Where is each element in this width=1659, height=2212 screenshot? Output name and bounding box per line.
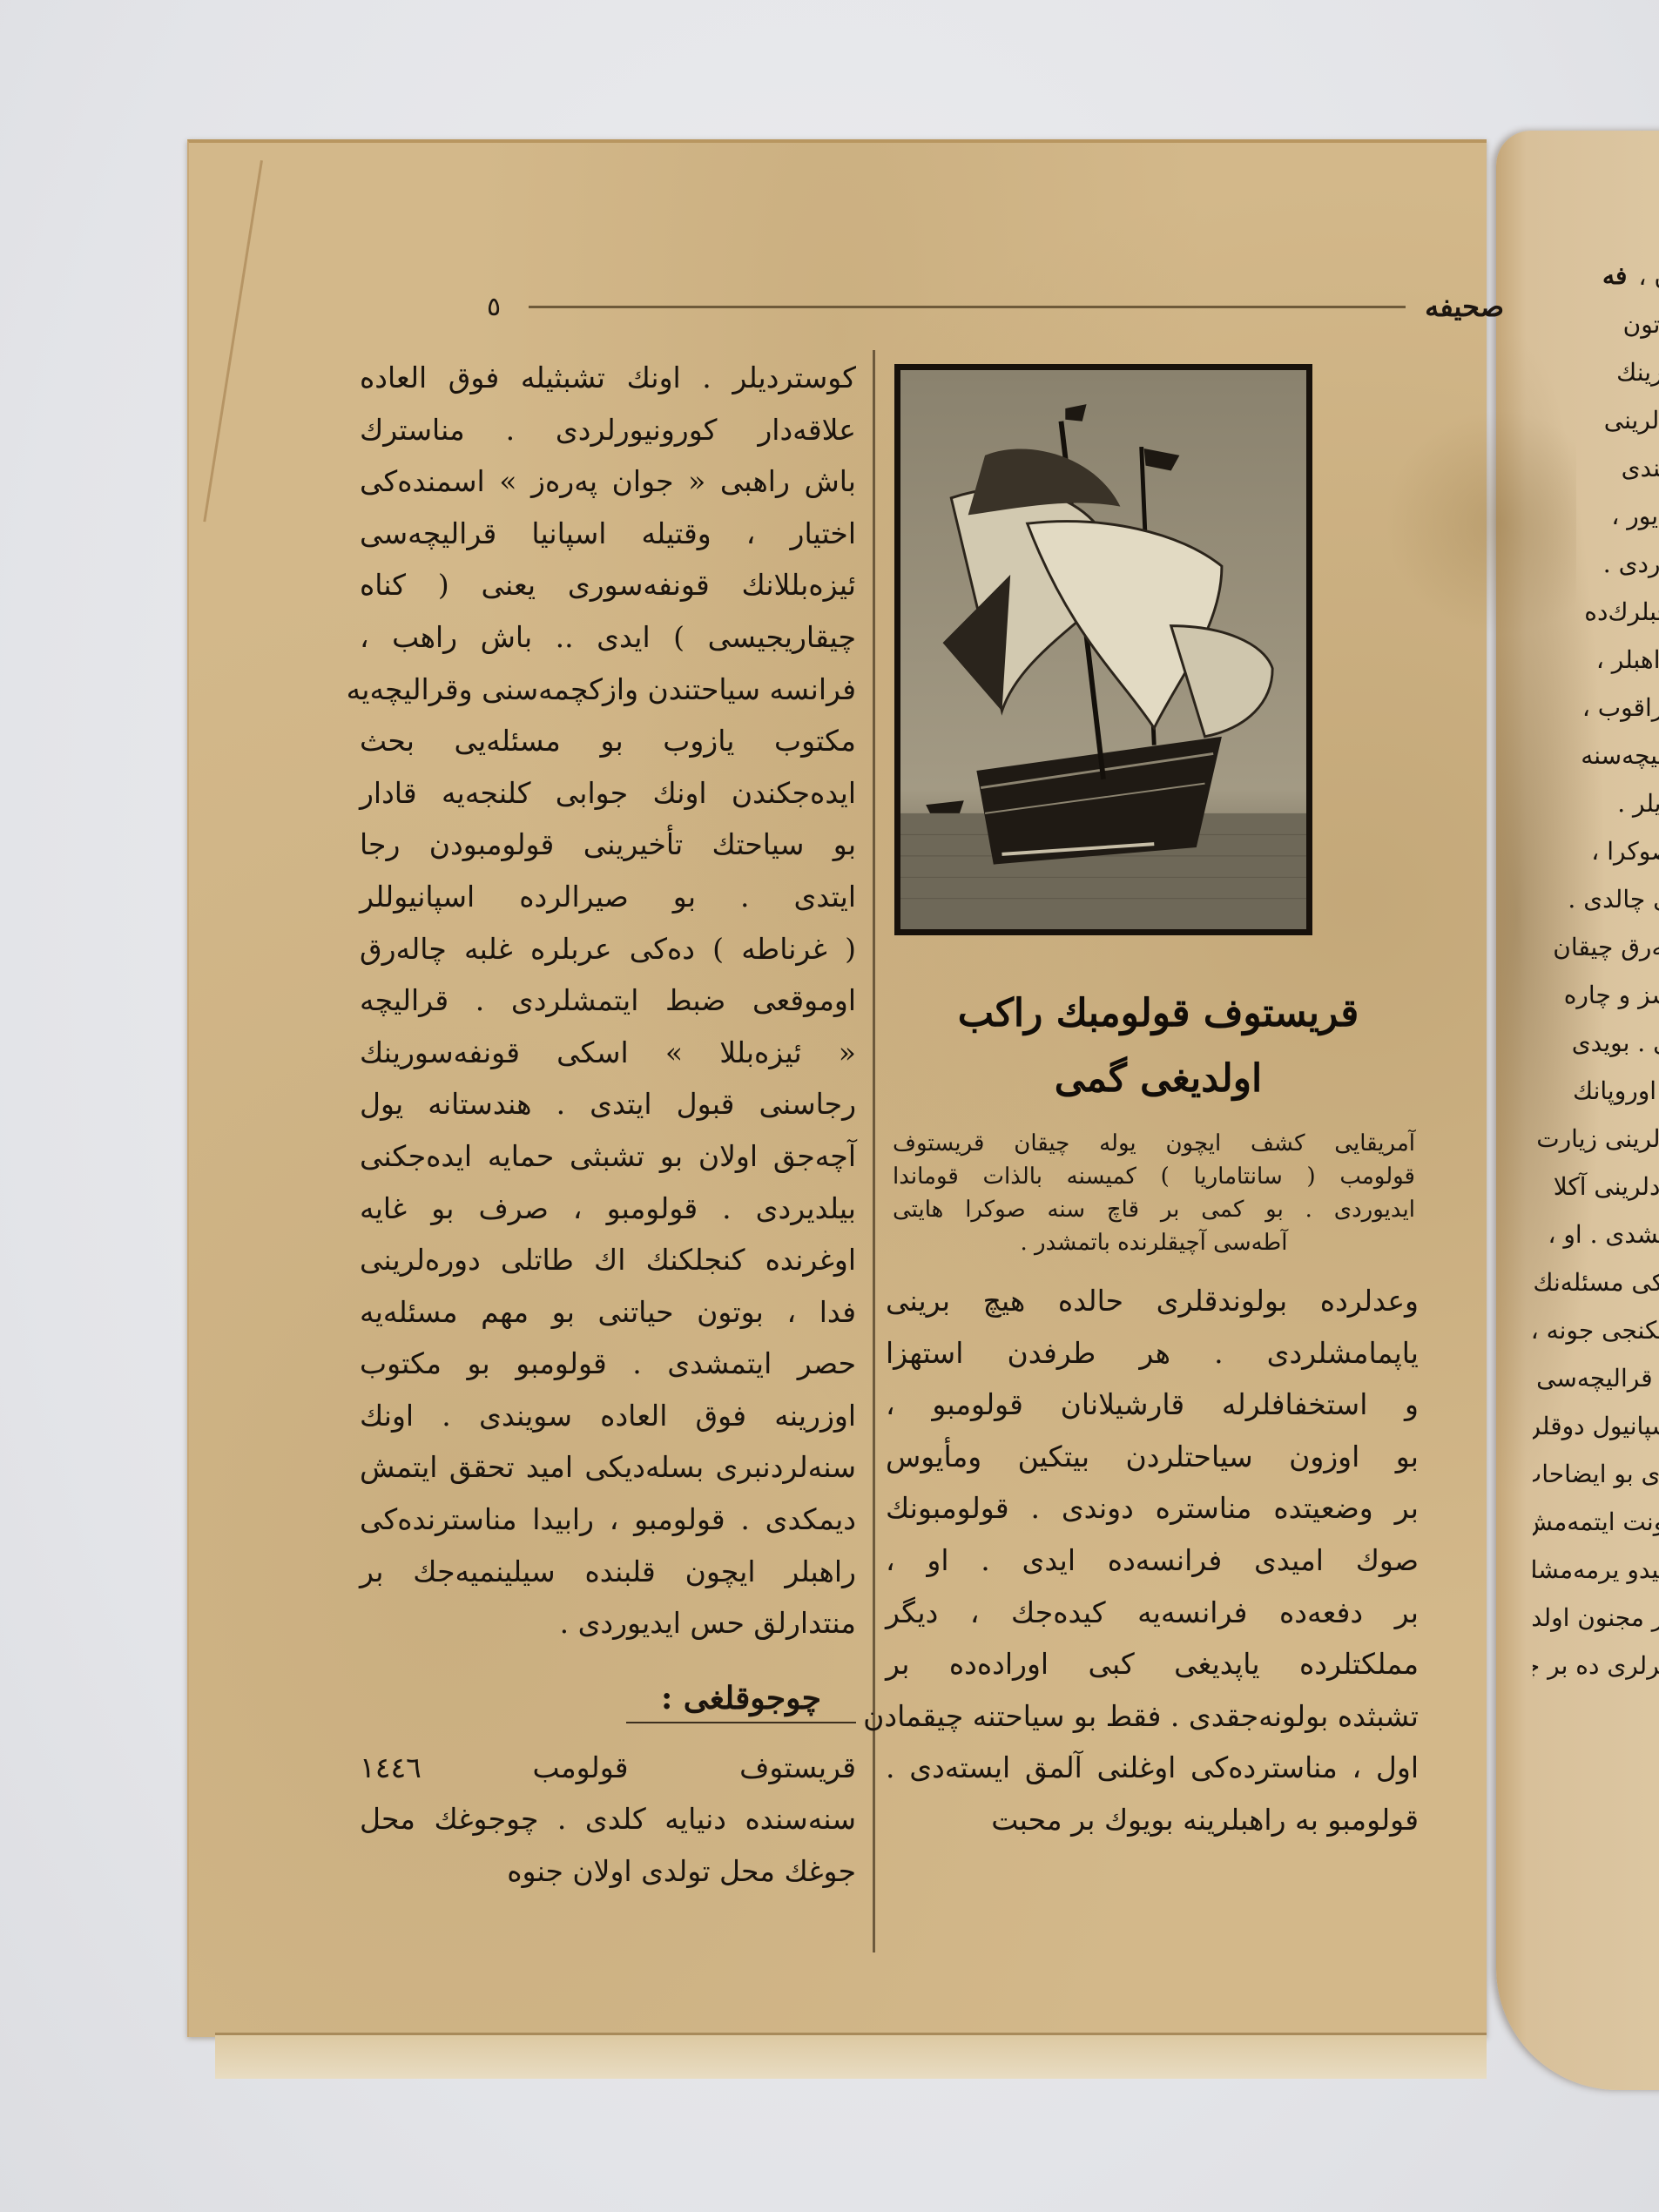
caption-title-line-2: اولدیغی گمی (893, 1049, 1424, 1109)
page-number: ٥ (476, 292, 511, 322)
facing-text-line: بر مجنون اولدیغی (1533, 1594, 1659, 1642)
facing-text-line: صوكرا ، (1533, 827, 1659, 875)
running-header: ٥ صحیفه (476, 289, 1504, 324)
text-line: ایتدی . بو صیرالرده اسپانیوللر (360, 871, 856, 923)
section-heading: چوجوقلغی : (360, 1674, 856, 1723)
facing-text-line: سز و چاره (1533, 971, 1659, 1019)
text-line: اوموقعی ضبط ایتمشلردی . قرالیچه (360, 974, 856, 1027)
facing-text-line: یكی مسئله‌نك (1533, 1258, 1659, 1306)
left-column-body: كوستردیلر . اونك تشبثیله فوق العادهعلاقه… (360, 352, 856, 1649)
text-line: آچه‌جق اولان بو تشبثی حمایه ایده‌جكنی (360, 1130, 856, 1183)
facing-text-line: له‌رق چیقان (1533, 923, 1659, 971)
water-stain (1385, 409, 1576, 636)
caption-line: آطه‌سی آچیقلرنده باتمشدر . (893, 1226, 1415, 1259)
text-line: و استخفافلرله قارشیلانان قولومبو ، (886, 1379, 1419, 1431)
facing-text-line: میدو یرمه‌مشلردی ، (1533, 1546, 1659, 1594)
facing-text-line: ری بو ایضاحات (1533, 1450, 1659, 1498)
facing-text-line: وتون (1533, 300, 1659, 348)
text-line: دیمكدی . قولومبو ، رابیدا مناسترنده‌كی (360, 1494, 856, 1546)
text-line: صوك امیدی فرانسه‌ده ایدی . او ، (886, 1534, 1419, 1587)
text-line: علاقه‌دار كورونیورلردی . مناسترك (360, 404, 856, 456)
photo-caption-title: قریستوف قولومبك راكب اولدیغی گمی (893, 979, 1424, 1109)
text-line: باش راهبی « جوان په‌ره‌ز » اسمنده‌كی (360, 455, 856, 508)
text-line: ئیزه‌بللانك قونفه‌سوری یعنی ( كناه (360, 559, 856, 611)
text-line: بر وضعیتده مناستره دوندی . قولومبونك (886, 1482, 1419, 1534)
text-line: اختیار ، وقتیله اسپانیا قرالیچه‌سی (360, 508, 856, 560)
text-line: تشبثده بولونه‌جقدی . فقط بو سیاحتنه چیقم… (886, 1690, 1419, 1743)
text-line: یاپمامشلردی . هر طرفدن استهزا (886, 1327, 1419, 1379)
facing-text-line: ایكنجی جونه ، (1533, 1306, 1659, 1354)
sailing-ship-icon (900, 370, 1306, 929)
text-line: « ئیزه‌بللا » اسكی قونفه‌سورینك (360, 1027, 856, 1079)
text-line: مملكتلرده یاپدیغی كبی اوراده‌ده بر (886, 1638, 1419, 1690)
text-line: اول ، مناسترده‌كی اوغلنی آلمق ایسته‌دی . (886, 1742, 1419, 1794)
left-column: كوستردیلر . اونك تشبثیله فوق العادهعلاقه… (360, 352, 856, 1898)
text-line: ایده‌جكندن اونك جوابی كلنجه‌یه قادار (360, 767, 856, 819)
facing-text-line: كرلری ده بر چوق (1533, 1642, 1659, 1689)
text-line: راهبلر ایچون قلبنده سیلینمیه‌جك بر (360, 1546, 856, 1598)
facing-text-line: دیلر . (1533, 779, 1659, 827)
header-title: صحیفه (1425, 290, 1504, 323)
text-line: اوزرینه فوق العاده سویندی . اونك (360, 1390, 856, 1442)
text-line: مكتوب یازوب بو مسئله‌یی بحث (360, 715, 856, 767)
text-line: بیلدیردی . قولومبو ، صرف بو غایه (360, 1183, 856, 1235)
main-page: ٥ صحیفه كوستردیلر . اونك تشبثیله فوق الع… (187, 139, 1487, 2037)
facing-text-line: ژدلرینی آكلا (1533, 1163, 1659, 1211)
facing-text-line: رلرینی زیارت (1533, 1115, 1659, 1163)
facing-text-line: براقوب ، (1533, 684, 1659, 732)
text-line: اوغرنده كنجلكنك اك طاتلی دوره‌لرینی (360, 1234, 856, 1286)
text-line: فرانسه سیاحتندن وازكچمه‌سنی وقرالیچه‌یه (360, 664, 856, 716)
facing-text-line: الیچه‌سنه (1533, 732, 1659, 779)
facing-text-line: ی . بویدی (1533, 1019, 1659, 1067)
facing-text-line: ی چالدی . (1533, 875, 1659, 923)
text-line: جوغك محل تولدی اولان جنوه (360, 1845, 856, 1898)
caption-title-line-1: قریستوف قولومبك راكب (893, 979, 1424, 1049)
text-line: وعدلرده بولوندقلری حالده هیچ برینی (886, 1275, 1419, 1327)
page-deckle-edge (215, 2033, 1487, 2079)
right-column-body: وعدلرده بولوندقلری حالده هیچ برینییاپمام… (886, 1275, 1419, 1846)
facing-text-line: و قرالیچه‌سی (1533, 1354, 1659, 1402)
facing-text-line: لرینك (1533, 348, 1659, 396)
facing-text-line: مشدی . او ، (1533, 1211, 1659, 1258)
text-line: فدا ، بوتون حیاتنی بو مهم مسئله‌یه (360, 1286, 856, 1339)
text-line: چیقاریجیسی ) ایدی .. باش راهب ، (360, 611, 856, 664)
photo-caption-body: آمریقایی كشف ایچون یوله چیقان قریستوفقول… (893, 1127, 1415, 1259)
text-line: سنه‌سنده دنیایه كلدی . چوجوغك محل (360, 1793, 856, 1845)
text-line: سنه‌لردنبری بسله‌دیكی امید تحقق ایتمش (360, 1441, 856, 1494)
text-line: قریستوف قولومب ١٤٤٦ (360, 1742, 856, 1794)
facing-text-line: اونت ایتمه‌مش ، (1533, 1498, 1659, 1546)
ship-illustration (894, 364, 1312, 935)
facing-text-line: ن ، (1533, 253, 1659, 300)
text-line: بر دفعه‌ده فرانسه‌یه كیده‌جك ، دیگر (886, 1587, 1419, 1639)
caption-line: آمریقایی كشف ایچون یوله چیقان قریستوف (893, 1127, 1415, 1160)
facing-text-line: ، اوروپانك (1533, 1067, 1659, 1115)
section-body: قریستوف قولومب ١٤٤٦سنه‌سنده دنیایه كلدی … (360, 1742, 856, 1898)
caption-line: ایدیوردی . بو كمی بر قاچ سنه صوكرا هایتی (893, 1193, 1415, 1226)
text-line: منتدارلق حس ایدیوردی . (360, 1597, 856, 1649)
caption-line: قولومب ( سانتاماریا ) كمیسنه بالذات قوما… (893, 1160, 1415, 1193)
text-line: قولومبو به راهبلرینه بویوك بر محبت (886, 1794, 1419, 1846)
header-rule (529, 306, 1406, 308)
text-line: ( غرناطه ) ده‌كی عربلره غلبه چالەرق (360, 923, 856, 975)
text-line: كوستردیلر . اونك تشبثیله فوق العاده (360, 352, 856, 404)
text-line: بو سیاحتك تأخیرینی قولومبودن رجا (360, 819, 856, 871)
text-line: بو اوزون سیاحتلردن بیتكین ومأیوس (886, 1431, 1419, 1483)
facing-text-line: سپانیول دوقلرینه (1533, 1402, 1659, 1450)
section-heading-text: چوجوقلغی : (626, 1680, 856, 1723)
paper-tear (203, 160, 263, 522)
facing-text-line: راهبلر ، (1533, 636, 1659, 684)
text-line: حصر ایتمشدی . قولومبو بو مكتوب (360, 1338, 856, 1390)
text-line: رجاسنی قبول ایتدی . هندستانه یول (360, 1078, 856, 1130)
